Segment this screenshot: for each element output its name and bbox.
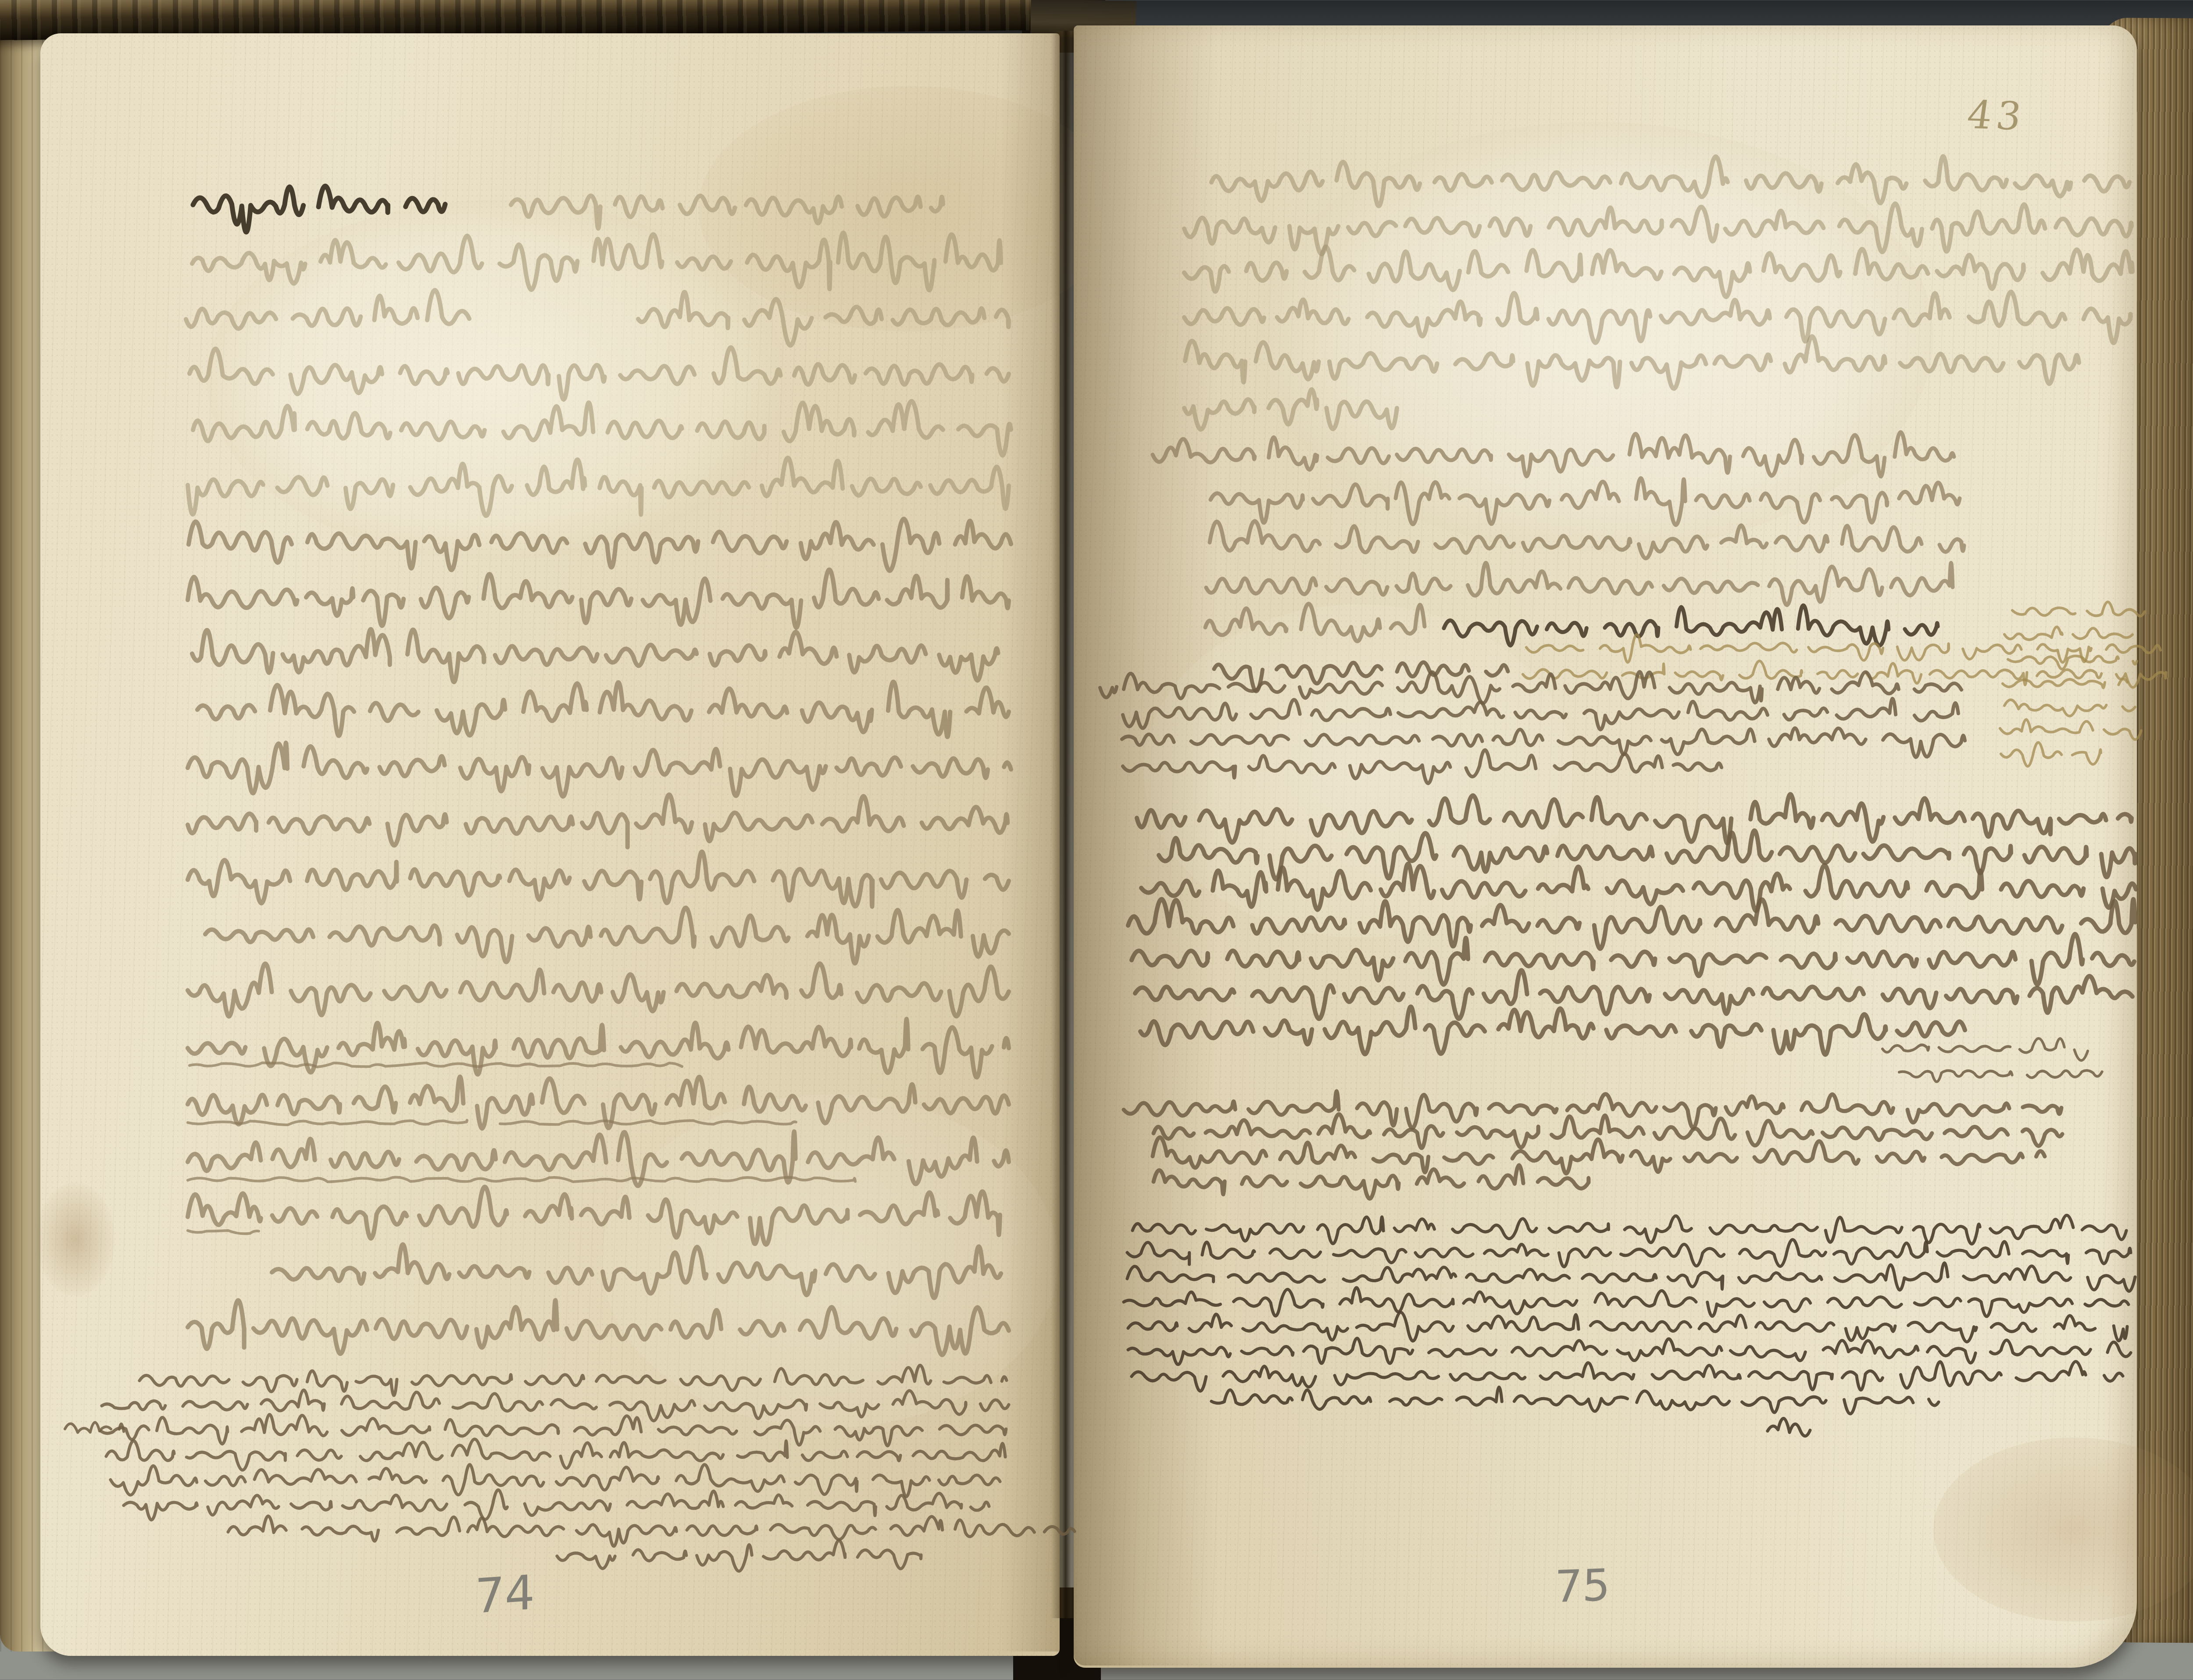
handwritten-line [197,682,1009,737]
handwritten-line [1124,1288,2129,1316]
handwritten-line [1184,246,2132,297]
handwritten-line [1141,864,2136,911]
handwritten-line [1211,156,2129,206]
handwritten-line [1128,1312,2127,1341]
handwritten-line [1154,1165,1589,1199]
handwritten-line [1185,336,2079,389]
handwritten-line [193,186,445,232]
handwritten-line [1137,794,2132,843]
handwritten-line [188,1187,1000,1245]
underline-stroke [188,1120,467,1125]
folio-number: 43 [1964,92,2029,139]
handwritten-line [511,196,943,228]
handwritten-line [188,458,1009,516]
handwritten-line [272,1245,1001,1298]
handwritten-line [1154,1114,2062,1148]
handwritten-line [1211,1387,1939,1414]
handwritten-line [1124,1091,2061,1128]
handwritten-line [2000,720,2141,740]
handwritten-line [192,233,1001,290]
handwritten-line [192,629,998,682]
handwritten-line [1210,521,1964,558]
handwritten-line [193,401,1011,456]
handwritten-line [188,743,1011,796]
handwritten-line [188,1019,1009,1077]
handwritten-line [1127,1263,2135,1291]
handwritten-line [228,1516,1075,1546]
handwritten-line [189,519,1011,571]
manuscript-spread: 43 74 75 [0,0,2193,1680]
handwritten-line [1127,1240,2131,1267]
underline-stroke [189,1063,682,1067]
page-number-right: 75 [1554,1559,1611,1613]
underline-stroke [500,1120,796,1124]
handwritten-line [1184,292,2131,343]
handwritten-line [188,570,1009,628]
handwritten-line [638,292,1009,346]
handwritten-line [1205,604,1425,642]
handwritten-line [1132,1362,2123,1391]
handwritten-line [1206,563,1953,605]
handwritten-line [188,1131,1009,1186]
handwritten-line [2003,679,2127,688]
handwritten-line [1123,750,1722,783]
handwritten-line [1135,970,2132,1019]
handwritten-line [205,908,1009,963]
handwritten-line [124,1490,989,1520]
handwritten-line [1768,1418,1810,1436]
underline-stroke [188,1231,259,1234]
handwritten-line [1123,699,1958,730]
underline-stroke [188,1177,855,1182]
handwritten-line [2008,656,2137,669]
handwritten-line [189,347,1009,399]
handwritten-line [1140,1006,1965,1054]
handwritten-line [2004,700,2135,716]
handwritten-line [139,1365,1007,1395]
handwritten-line [102,1390,1009,1421]
handwritten-line [1132,1215,2126,1244]
handwritten-line [188,1300,1009,1355]
handwritten-line [1100,687,1117,697]
handwritten-line [1882,1038,2088,1060]
handwritten-line [101,1415,1006,1446]
handwritten-line [1132,934,2134,984]
handwritten-line [188,963,1009,1016]
handwritten-line [1184,389,1397,429]
handwritten-line [2001,742,2101,766]
handwritten-line [1128,1338,2131,1365]
handwritten-line [1128,899,2135,949]
handwritten-line [1526,635,2161,663]
handwriting-layer [0,0,2193,1680]
handwritten-line [106,1439,1005,1470]
page-number-left: 74 [475,1565,535,1624]
handwritten-line [1122,728,1965,757]
handwritten-line [1444,605,1938,646]
handwritten-line [188,852,1009,906]
handwritten-line [1211,478,1960,525]
handwritten-line [1899,1070,2102,1082]
handwritten-line [186,290,469,328]
handwritten-line [1153,1137,2045,1174]
handwritten-line [1153,432,1954,477]
handwritten-line [188,795,1007,847]
handwritten-line [2012,602,2145,616]
handwritten-line [2004,627,2132,640]
